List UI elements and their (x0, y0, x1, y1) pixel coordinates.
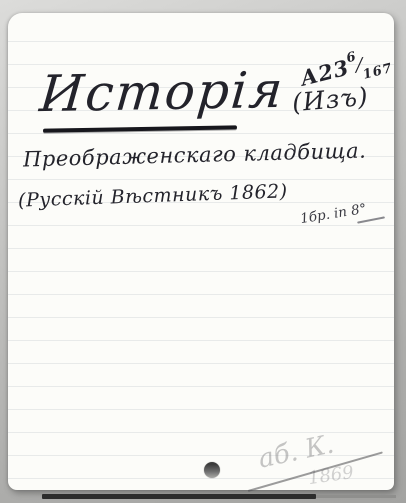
underlying-card-edge-dark (42, 494, 316, 499)
shelfmark-numerator: 6 (345, 49, 358, 66)
punch-hole (204, 462, 220, 478)
photo-background: А236⁄167 Исторія (Изъ) Преображенскаго к… (0, 0, 406, 503)
underlying-card-edge-light (316, 495, 396, 498)
catalog-card: А236⁄167 Исторія (Изъ) Преображенскаго к… (8, 13, 394, 490)
title-main: Исторія (38, 65, 287, 119)
